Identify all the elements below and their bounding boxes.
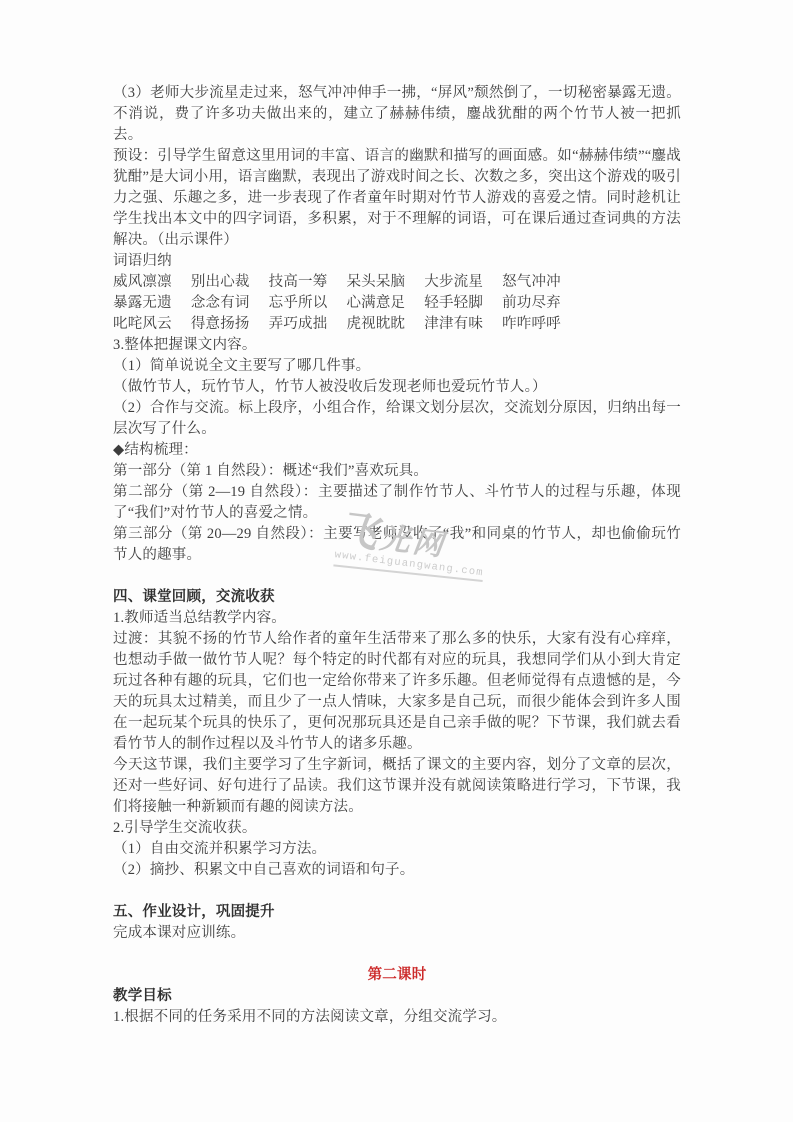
question-2: （2）合作与交流。标上段序，小组合作，给课文划分层次，交流划分原因，归纳出每一层…: [113, 398, 681, 440]
transition-paragraph: 过渡：其貌不扬的竹节人给作者的童年生活带来了那么多的快乐，大家有没有心痒痒，也想…: [113, 629, 681, 755]
vocab-word: 威风凛凛: [113, 272, 172, 293]
vocab-word: 咋咋呼呼: [502, 314, 561, 335]
student-share-item: 2.引导学生交流收获。: [113, 818, 681, 839]
paragraph-quote-3: （3）老师大步流星走过来，怒气冲冲伸手一拂，“屏风”颓然倒了，一切秘密暴露无遗。…: [113, 83, 681, 146]
vocab-word: 别出心裁: [191, 272, 250, 293]
label-word-summary: 词语归纳: [113, 251, 681, 272]
blank-line: [113, 566, 681, 587]
vocab-word: 呆头呆脑: [346, 272, 405, 293]
section-item-3: 3.整体把握课文内容。: [113, 335, 681, 356]
blank-line: [113, 881, 681, 902]
teacher-summary-item: 1.教师适当总结教学内容。: [113, 608, 681, 629]
lesson-recap-paragraph: 今天这节课，我们主要学习了生字新词，概括了课文的主要内容，划分了文章的层次，还对…: [113, 755, 681, 818]
vocab-word: 念念有词: [191, 293, 250, 314]
vocab-word: 技高一筹: [269, 272, 328, 293]
word-row-2: 暴露无遗念念有词忘乎所以心满意足轻手轻脚前功尽弃: [113, 293, 681, 314]
word-row-3: 叱咤风云得意扬扬弄巧成拙虎视眈眈津津有味咋咋呼呼: [113, 314, 681, 335]
section-heading-4: 四、课堂回顾，交流收获: [113, 587, 681, 608]
teaching-goals-heading: 教学目标: [113, 986, 681, 1007]
vocab-word: 忘乎所以: [269, 293, 328, 314]
structure-part-2: 第二部分（第 2—19 自然段）：主要描述了制作竹节人、斗竹节人的过程与乐趣，体…: [113, 482, 681, 524]
word-row-1: 威风凛凛别出心裁技高一筹呆头呆脑大步流星怒气冲冲: [113, 272, 681, 293]
paragraph-preset: 预设：引导学生留意这里用词的丰富、语言的幽默和描写的画面感。如“赫赫伟绩”“鏖战…: [113, 146, 681, 251]
vocab-word: 怒气冲冲: [502, 272, 561, 293]
answer-1: （做竹节人，玩竹节人，竹节人被没收后发现老师也爱玩竹节人。）: [113, 377, 681, 398]
question-1: （1）简单说说全文主要写了哪几件事。: [113, 356, 681, 377]
blank-line: [113, 944, 681, 965]
vocab-word: 得意扬扬: [191, 314, 250, 335]
structure-part-1: 第一部分（第 1 自然段）：概述“我们”喜欢玩具。: [113, 461, 681, 482]
vocab-word: 津津有味: [424, 314, 483, 335]
vocab-word: 暴露无遗: [113, 293, 172, 314]
vocab-word: 虎视眈眈: [346, 314, 405, 335]
vocab-word: 轻手轻脚: [424, 293, 483, 314]
document-content: （3）老师大步流星走过来，怒气冲冲伸手一拂，“屏风”颓然倒了，一切秘密暴露无遗。…: [113, 83, 681, 1028]
vocab-word: 前功尽弃: [502, 293, 561, 314]
vocab-word: 叱咤风云: [113, 314, 172, 335]
document-page: （3）老师大步流星走过来，怒气冲冲伸手一拂，“屏风”颓然倒了，一切秘密暴露无遗。…: [0, 0, 793, 1122]
lesson-2-heading: 第二课时: [113, 965, 681, 986]
share-sub-item-1: （1）自由交流并积累学习方法。: [113, 839, 681, 860]
goal-item-1: 1.根据不同的任务采用不同的方法阅读文章，分组交流学习。: [113, 1007, 681, 1028]
section-heading-5: 五、作业设计，巩固提升: [113, 902, 681, 923]
share-sub-item-2: （2）摘抄、积累文中自己喜欢的词语和句子。: [113, 860, 681, 881]
homework-paragraph: 完成本课对应训练。: [113, 923, 681, 944]
structure-label: ◆结构梳理：: [113, 440, 681, 461]
vocab-word: 心满意足: [346, 293, 405, 314]
vocab-word: 大步流星: [424, 272, 483, 293]
structure-part-3: 第三部分（第 20—29 自然段）：主要写老师没收了“我”和同桌的竹节人，却也偷…: [113, 524, 681, 566]
vocab-word: 弄巧成拙: [269, 314, 328, 335]
